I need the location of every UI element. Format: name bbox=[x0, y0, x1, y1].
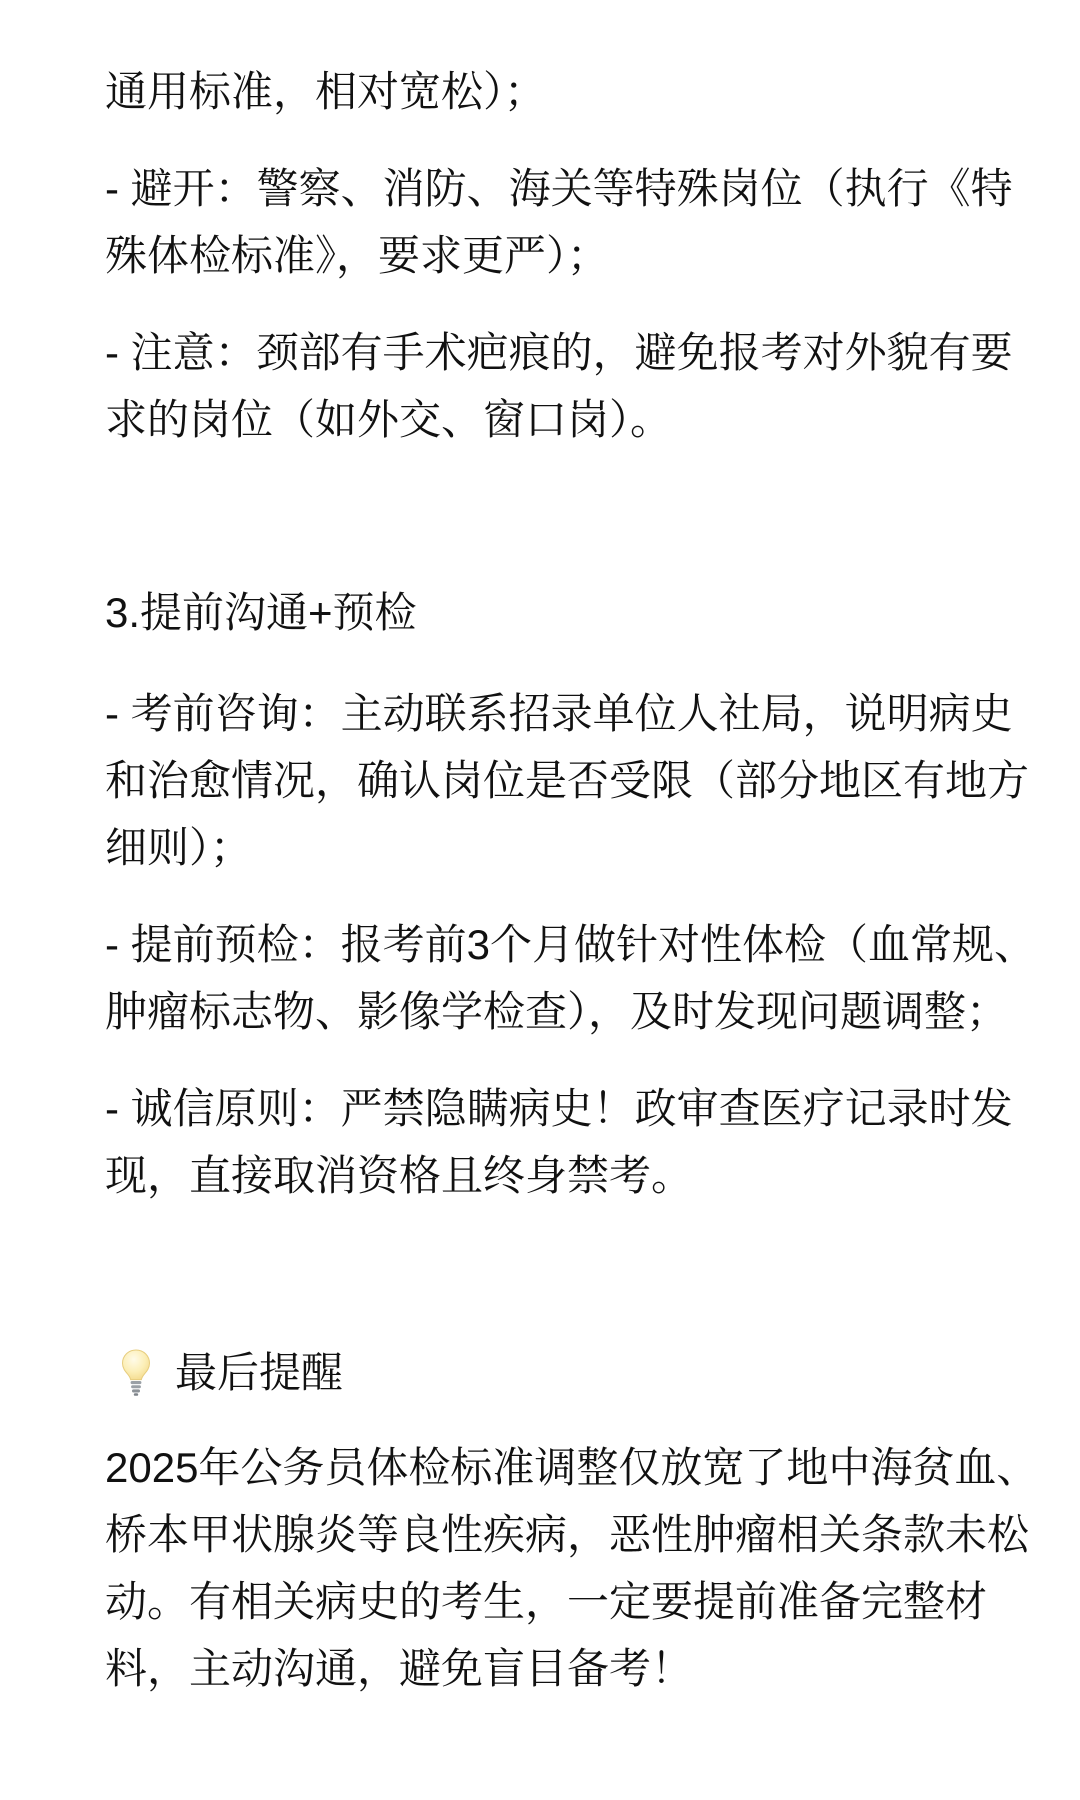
paragraph-notice-scar: - 注意：颈部有手术疤痕的，避免报考对外貌有要 求的岗位（如外交、窗口岗）。 bbox=[105, 319, 1050, 453]
paragraph-general-standard: 通用标准，相对宽松）； bbox=[105, 58, 1050, 125]
paragraph-final-reminder: 2025年公务员体检标准调整仅放宽了地中海贫血、 桥本甲状腺炎等良性疾病，恶性肿… bbox=[105, 1434, 1050, 1702]
paragraph-avoid-special-posts: - 避开：警察、消防、海关等特殊岗位（执行《特 殊体检标准》，要求更严）； bbox=[105, 155, 1050, 289]
section-3-heading: 3.提前沟通+预检 bbox=[105, 579, 1050, 646]
article-page: { "page": { "background_color": "#ffffff… bbox=[0, 0, 1080, 1800]
final-reminder-heading: 最后提醒 bbox=[105, 1339, 1050, 1406]
paragraph-advance-precheck: - 提前预检：报考前3个月做针对性体检（血常规、 肿瘤标志物、影像学检查），及时… bbox=[105, 911, 1050, 1045]
document-body: 通用标准，相对宽松）； - 避开：警察、消防、海关等特殊岗位（执行《特 殊体检标… bbox=[0, 0, 1050, 1702]
paragraph-integrity-principle: - 诚信原则：严禁隐瞒病史！政审查医疗记录时发 现，直接取消资格且终身禁考。 bbox=[105, 1075, 1050, 1209]
lightbulb-icon bbox=[119, 1349, 153, 1397]
final-reminder-title: 最后提醒 bbox=[175, 1339, 343, 1406]
paragraph-pre-exam-consult: - 考前咨询：主动联系招录单位人社局，说明病史 和治愈情况，确认岗位是否受限（部… bbox=[105, 680, 1050, 881]
